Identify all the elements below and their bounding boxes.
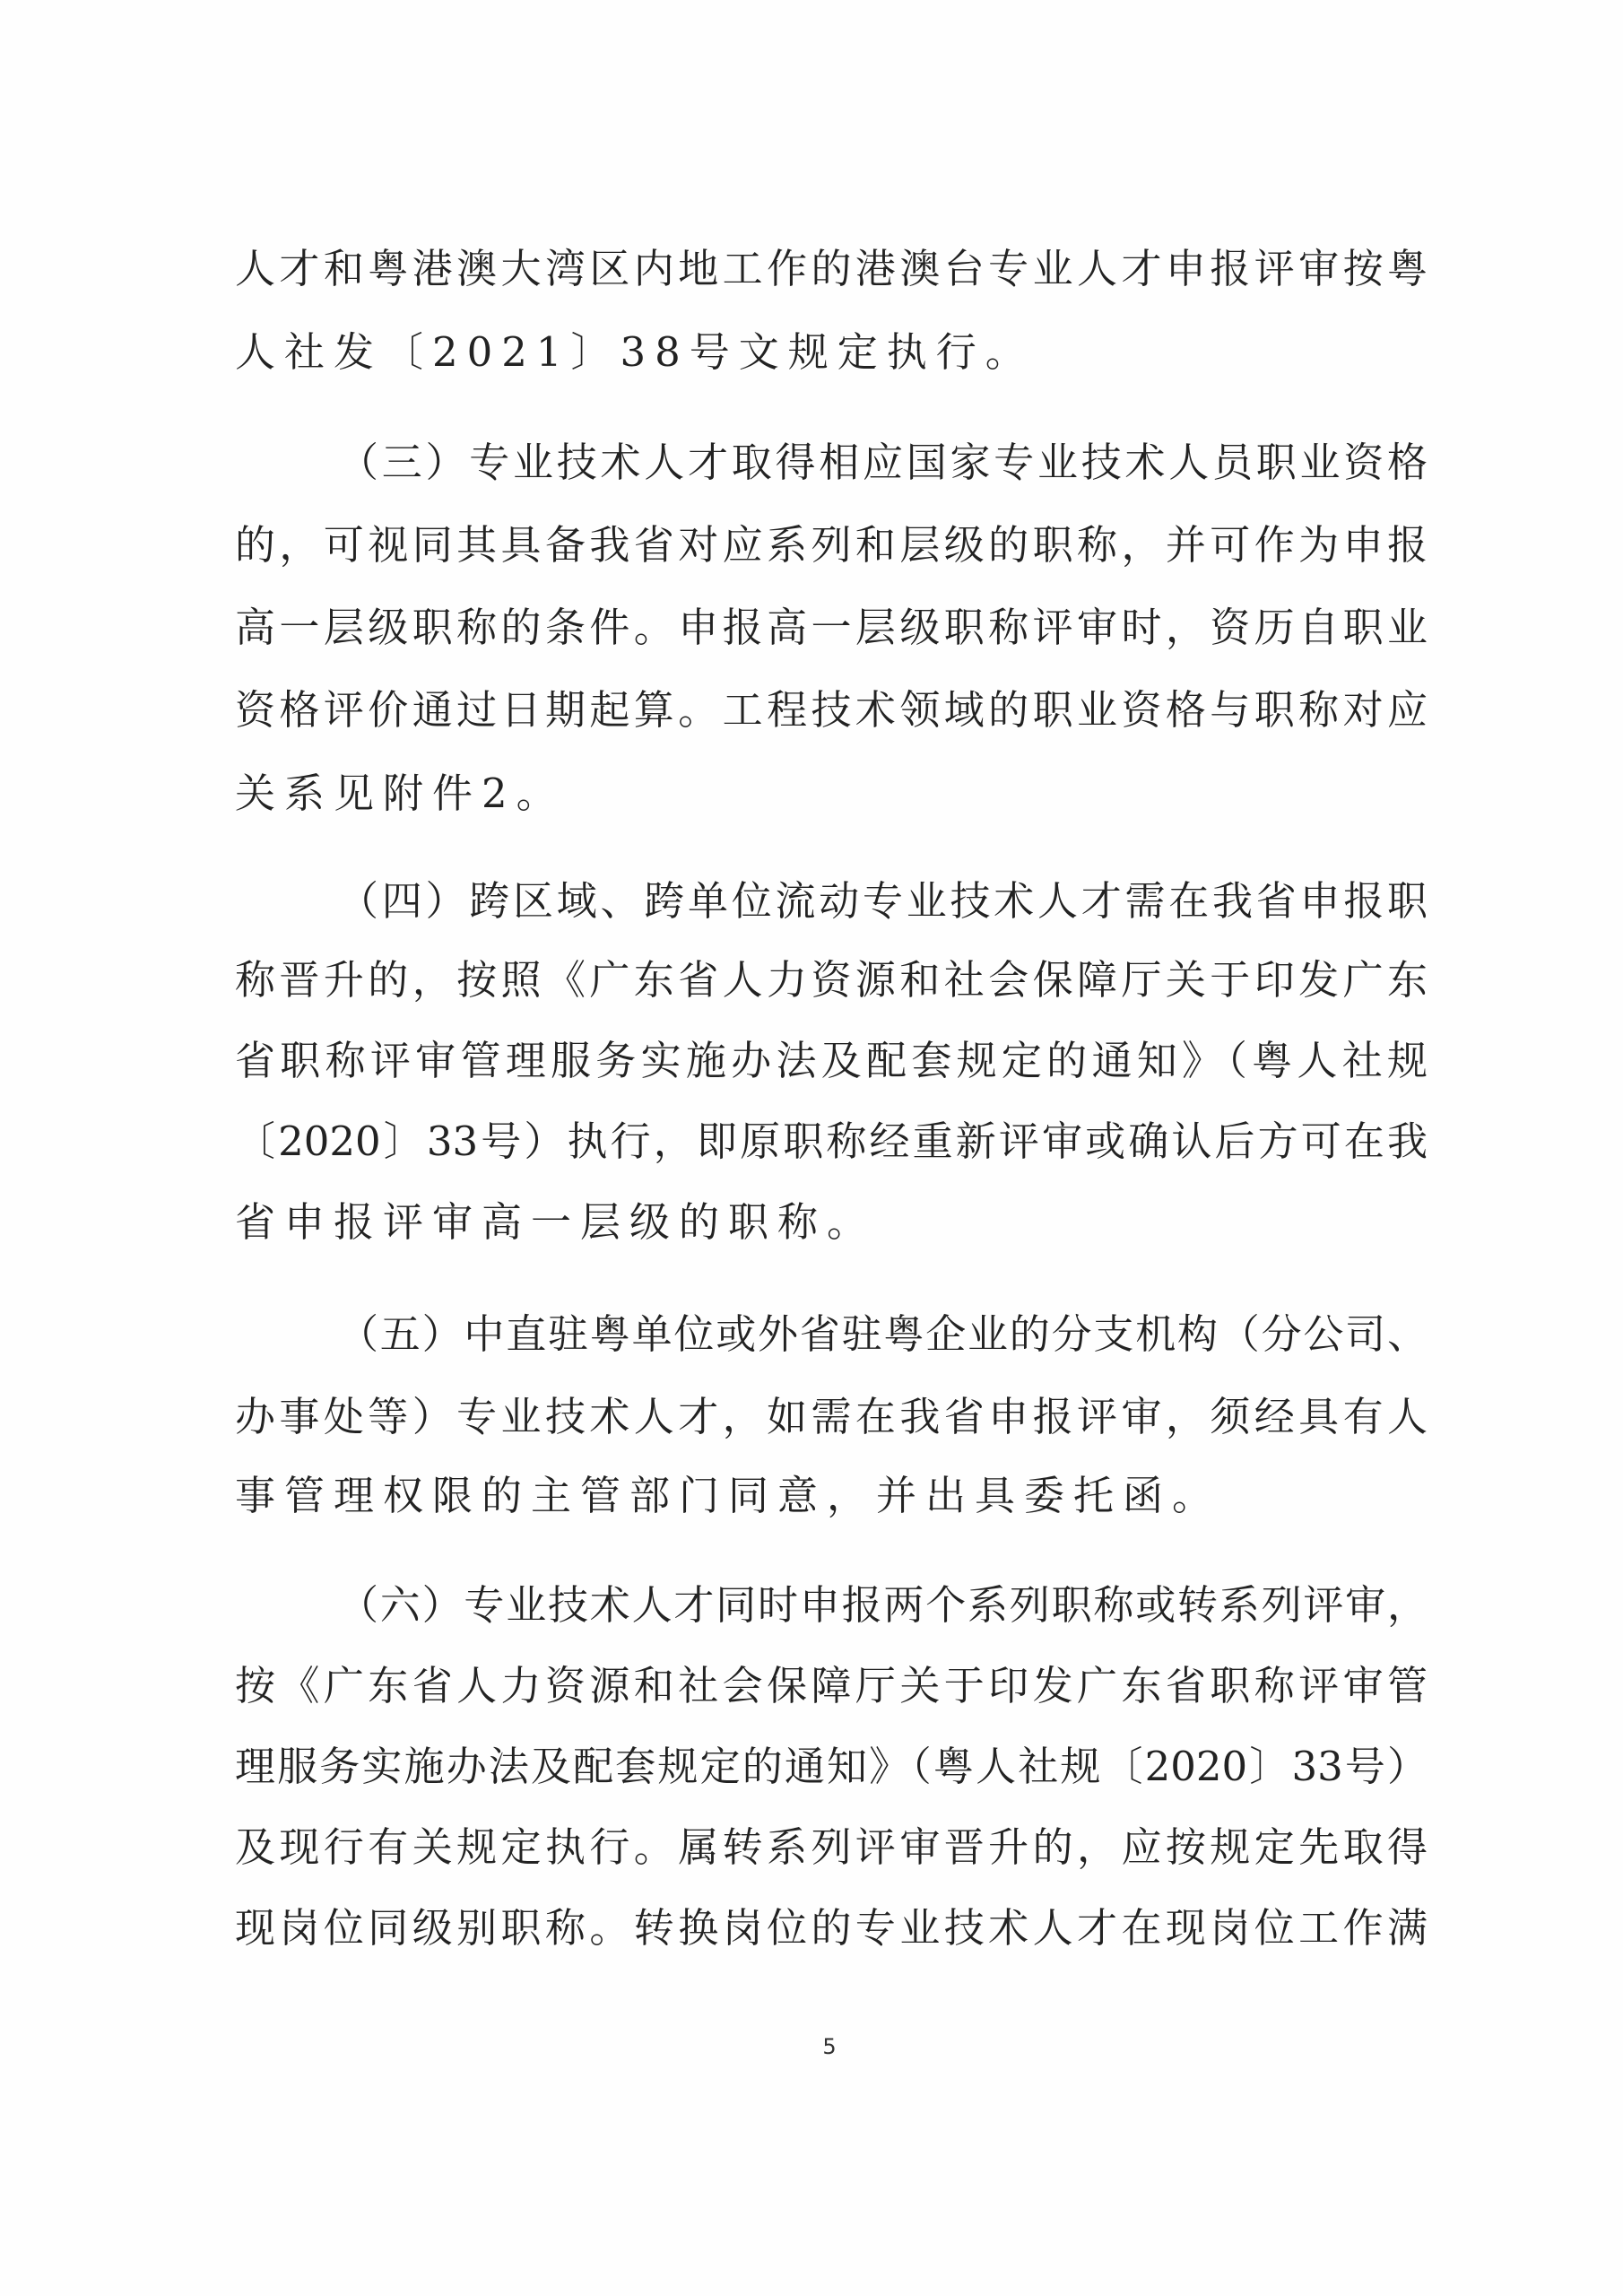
text-line: 〔2020〕33号）执行，即原职称经重新评审或确认后方可在我 — [235, 1115, 1428, 1169]
text-line: 及现行有关规定执行。属转系列评审晋升的，应按规定先取得 — [235, 1821, 1428, 1874]
text-line: 高一层级职称的条件。申报高一层级职称评审时，资历自职业 — [235, 601, 1428, 655]
text-line: 省职称评审管理服务实施办法及配套规定的通知》（粤人社规 — [235, 1034, 1428, 1088]
paragraph-5-first-line: （五）中直驻粤单位或外省驻粤企业的分支机构（分公司、 — [338, 1308, 1428, 1361]
text-line: 办事处等）专业技术人才，如需在我省申报评审，须经具有人 — [235, 1390, 1428, 1444]
text-line: 称晋升的，按照《广东省人力资源和社会保障厅关于印发广东 — [235, 953, 1428, 1007]
paragraph-6-first-line: （六）专业技术人才同时申报两个系列职称或转系列评审， — [338, 1578, 1428, 1632]
text-line: 资格评价通过日期起算。工程技术领域的职业资格与职称对应 — [235, 683, 1428, 737]
text-line: 理服务实施办法及配套规定的通知》（粤人社规〔2020〕33号） — [235, 1740, 1428, 1794]
text-line: 按《广东省人力资源和社会保障厅关于印发广东省职称评审管 — [235, 1659, 1428, 1713]
text-line: 人才和粤港澳大湾区内地工作的港澳台专业人才申报评审按粤 — [235, 242, 1428, 296]
text-line: 关系见附件2。 — [235, 767, 1428, 821]
page-number: 5 — [807, 2032, 852, 2061]
text-line: 省申报评审高一层级的职称。 — [235, 1196, 1428, 1249]
paragraph-4-first-line: （四）跨区域、跨单位流动专业技术人才需在我省申报职 — [338, 874, 1428, 928]
text-line: 的，可视同其具备我省对应系列和层级的职称，并可作为申报 — [235, 518, 1428, 572]
text-line: 人社发〔2021〕38号文规定执行。 — [235, 326, 1428, 379]
document-page: 人才和粤港澳大湾区内地工作的港澳台专业人才申报评审按粤 人社发〔2021〕38号… — [0, 0, 1623, 2296]
text-line: 现岗位同级别职称。转换岗位的专业技术人才在现岗位工作满 — [235, 1901, 1428, 1955]
paragraph-3-first-line: （三）专业技术人才取得相应国家专业技术人员职业资格 — [338, 436, 1428, 490]
text-line: 事管理权限的主管部门同意，并出具委托函。 — [235, 1469, 1428, 1523]
